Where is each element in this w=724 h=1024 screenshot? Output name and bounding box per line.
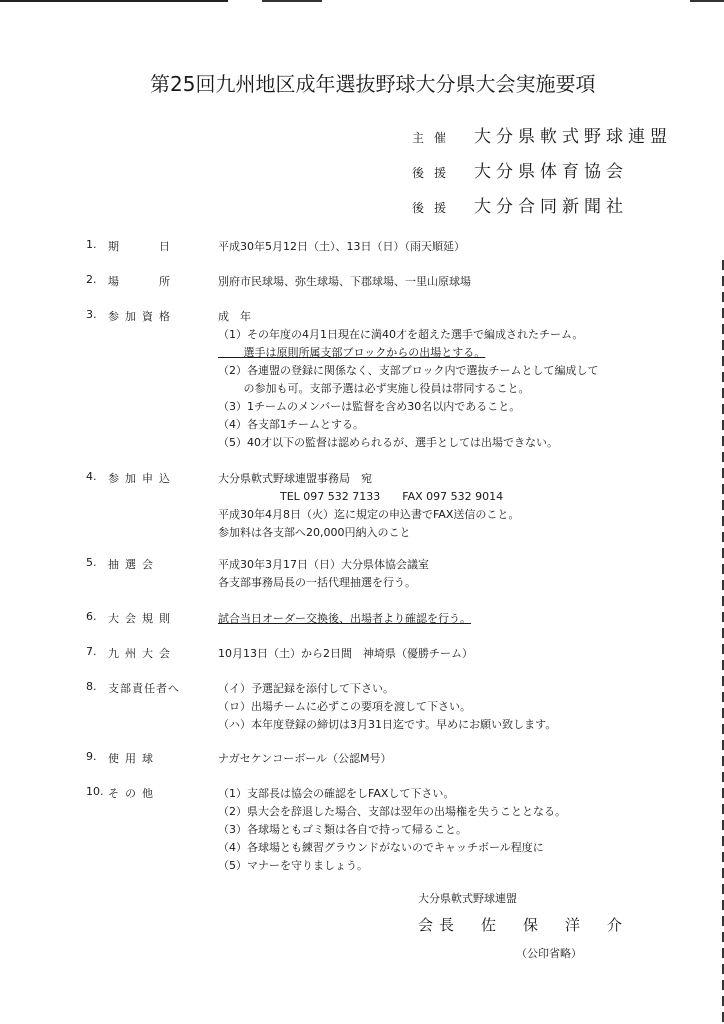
content-line: の参加も可。支部予選は必ず実施し役員は帯同すること。 bbox=[218, 380, 599, 398]
signature-name: 会長 佐 保 洋 介 bbox=[418, 914, 628, 935]
section-content: 平成30年3月17日（日）大分県体協会議室 各支部事務局長の一括代理抽選を行う。 bbox=[218, 556, 429, 592]
content-line: 成 年 bbox=[218, 308, 599, 326]
section-content: 成 年 （1）その年度の4月1日現在に満40才を超えた選手で編成されたチーム。 … bbox=[218, 308, 599, 452]
content-line: 各支部事務局長の一括代理抽選を行う。 bbox=[218, 574, 429, 592]
section-number: 10. bbox=[86, 785, 108, 875]
section-label: 九州大会 bbox=[108, 645, 218, 663]
section-branch-notes: 8. 支部責任者へ （イ）予選記録を添付して下さい。 （ロ）出場チームに必ずこの… bbox=[86, 680, 556, 734]
content-line: 試合当日オーダー交換後、出場者より確認を行う。 bbox=[218, 610, 471, 628]
section-application: 4. 参加申込 大分県軟式野球連盟事務局 宛 TEL 097 532 7133 … bbox=[86, 470, 519, 542]
section-content: 大分県軟式野球連盟事務局 宛 TEL 097 532 7133 FAX 097 … bbox=[218, 470, 519, 542]
content-line: （5）40才以下の監督は認められるが、選手としては出場できない。 bbox=[218, 434, 599, 452]
organizer-row: 後援 大分合同新聞社 bbox=[412, 192, 628, 217]
organizer-role: 後援 bbox=[412, 199, 474, 216]
section-ball: 9. 使用球 ナガセケンコーボール（公認M号） bbox=[86, 750, 392, 768]
content-line: 別府市民球場、弥生球場、下郡球場、一里山原球場 bbox=[218, 273, 471, 291]
content-line: （4）各支部1チームとする。 bbox=[218, 416, 599, 434]
content-line: （3）各球場ともゴミ類は各自で持って帰ること。 bbox=[218, 821, 566, 839]
section-number: 1. bbox=[86, 238, 108, 256]
section-number: 2. bbox=[86, 273, 108, 291]
content-line: 平成30年3月17日（日）大分県体協会議室 bbox=[218, 556, 429, 574]
content-line: 10月13日（土）から2日間 神埼県（優勝チーム） bbox=[218, 645, 473, 663]
section-label: 使用球 bbox=[108, 750, 218, 768]
content-line: 平成30年5月12日（土）、13日（日）（雨天順延） bbox=[218, 238, 465, 256]
section-other: 10. その他 （1）支部長は協会の確認をしFAXして下さい。 （2）県大会を辞… bbox=[86, 785, 566, 875]
content-line: （1）支部長は協会の確認をしFAXして下さい。 bbox=[218, 785, 566, 803]
content-line: （3）1チームのメンバーは監督を含め30名以内であること。 bbox=[218, 398, 599, 416]
organizer-name: 大分県軟式野球連盟 bbox=[474, 122, 672, 147]
contact-phone-fax: TEL 097 532 7133 FAX 097 532 9014 bbox=[218, 488, 519, 506]
content-line: ナガセケンコーボール（公認M号） bbox=[218, 750, 392, 768]
section-content: （1）支部長は協会の確認をしFAXして下さい。 （2）県大会を辞退した場合、支部… bbox=[218, 785, 566, 875]
content-line: 大分県軟式野球連盟事務局 宛 bbox=[218, 470, 519, 488]
section-number: 3. bbox=[86, 308, 108, 452]
section-content: （イ）予選記録を添付して下さい。 （ロ）出場チームに必ずこの要項を渡して下さい。… bbox=[218, 680, 556, 734]
organizer-row: 後援 大分県体育協会 bbox=[412, 157, 628, 182]
content-line: （ロ）出場チームに必ずこの要項を渡して下さい。 bbox=[218, 698, 556, 716]
organizer-name: 大分県体育協会 bbox=[474, 157, 628, 182]
section-number: 6. bbox=[86, 610, 108, 628]
section-label: 参加申込 bbox=[108, 470, 218, 542]
content-line: （2）県大会を辞退した場合、支部は翌年の出場権を失うこととなる。 bbox=[218, 803, 566, 821]
organizer-role: 後援 bbox=[412, 164, 474, 181]
content-line: （2）各連盟の登録に関係なく、支部ブロック内で選抜チームとして編成して bbox=[218, 362, 599, 380]
section-number: 9. bbox=[86, 750, 108, 768]
section-label: 大会規則 bbox=[108, 610, 218, 628]
section-label: 場 所 bbox=[108, 273, 218, 291]
section-content: ナガセケンコーボール（公認M号） bbox=[218, 750, 392, 768]
content-line: （1）その年度の4月1日現在に満40才を超えた選手で編成されたチーム。 bbox=[218, 326, 599, 344]
content-line: （5）マナーを守りましょう。 bbox=[218, 857, 566, 875]
signature-org: 大分県軟式野球連盟 bbox=[418, 890, 517, 906]
section-content: 10月13日（土）から2日間 神埼県（優勝チーム） bbox=[218, 645, 473, 663]
content-line: 平成30年4月8日（火）迄に規定の申込書でFAX送信のこと。 bbox=[218, 506, 519, 524]
section-lottery: 5. 抽選会 平成30年3月17日（日）大分県体協会議室 各支部事務局長の一括代… bbox=[86, 556, 429, 592]
document-title: 第25回九州地区成年選抜野球大分県大会実施要項 bbox=[150, 68, 595, 97]
organizer-role: 主催 bbox=[412, 129, 474, 146]
scan-edge-line bbox=[262, 0, 322, 2]
section-date: 1. 期 日 平成30年5月12日（土）、13日（日）（雨天順延） bbox=[86, 238, 465, 256]
section-label: 抽選会 bbox=[108, 556, 218, 592]
section-venue: 2. 場 所 別府市民球場、弥生球場、下郡球場、一里山原球場 bbox=[86, 273, 471, 291]
section-eligibility: 3. 参加資格 成 年 （1）その年度の4月1日現在に満40才を超えた選手で編成… bbox=[86, 308, 599, 452]
section-content: 平成30年5月12日（土）、13日（日）（雨天順延） bbox=[218, 238, 465, 256]
content-line: （イ）予選記録を添付して下さい。 bbox=[218, 680, 556, 698]
section-number: 4. bbox=[86, 470, 108, 542]
section-number: 7. bbox=[86, 645, 108, 663]
section-rules: 6. 大会規則 試合当日オーダー交換後、出場者より確認を行う。 bbox=[86, 610, 471, 628]
scan-edge-line bbox=[690, 0, 724, 2]
section-number: 8. bbox=[86, 680, 108, 734]
section-content: 試合当日オーダー交換後、出場者より確認を行う。 bbox=[218, 610, 471, 628]
content-line: （4）各球場とも練習グラウンドがないのでキャッチボール程度に bbox=[218, 839, 566, 857]
section-label: その他 bbox=[108, 785, 218, 875]
section-label: 参加資格 bbox=[108, 308, 218, 452]
content-line: （ハ）本年度登録の締切は3月31日迄です。早めにお願い致します。 bbox=[218, 716, 556, 734]
scan-edge-line bbox=[0, 0, 228, 2]
section-label: 支部責任者へ bbox=[108, 680, 218, 734]
content-line: 参加料は各支部へ20,000円納入のこと bbox=[218, 524, 519, 542]
seal-omitted-note: （公印省略） bbox=[516, 945, 582, 961]
section-label: 期 日 bbox=[108, 238, 218, 256]
content-line-underlined: 選手は原則所属支部ブロックからの出場とする。 bbox=[218, 344, 599, 362]
organizer-row: 主催 大分県軟式野球連盟 bbox=[412, 122, 672, 147]
section-kyushu-tournament: 7. 九州大会 10月13日（土）から2日間 神埼県（優勝チーム） bbox=[86, 645, 473, 663]
section-number: 5. bbox=[86, 556, 108, 592]
section-content: 別府市民球場、弥生球場、下郡球場、一里山原球場 bbox=[218, 273, 471, 291]
organizer-name: 大分合同新聞社 bbox=[474, 192, 628, 217]
